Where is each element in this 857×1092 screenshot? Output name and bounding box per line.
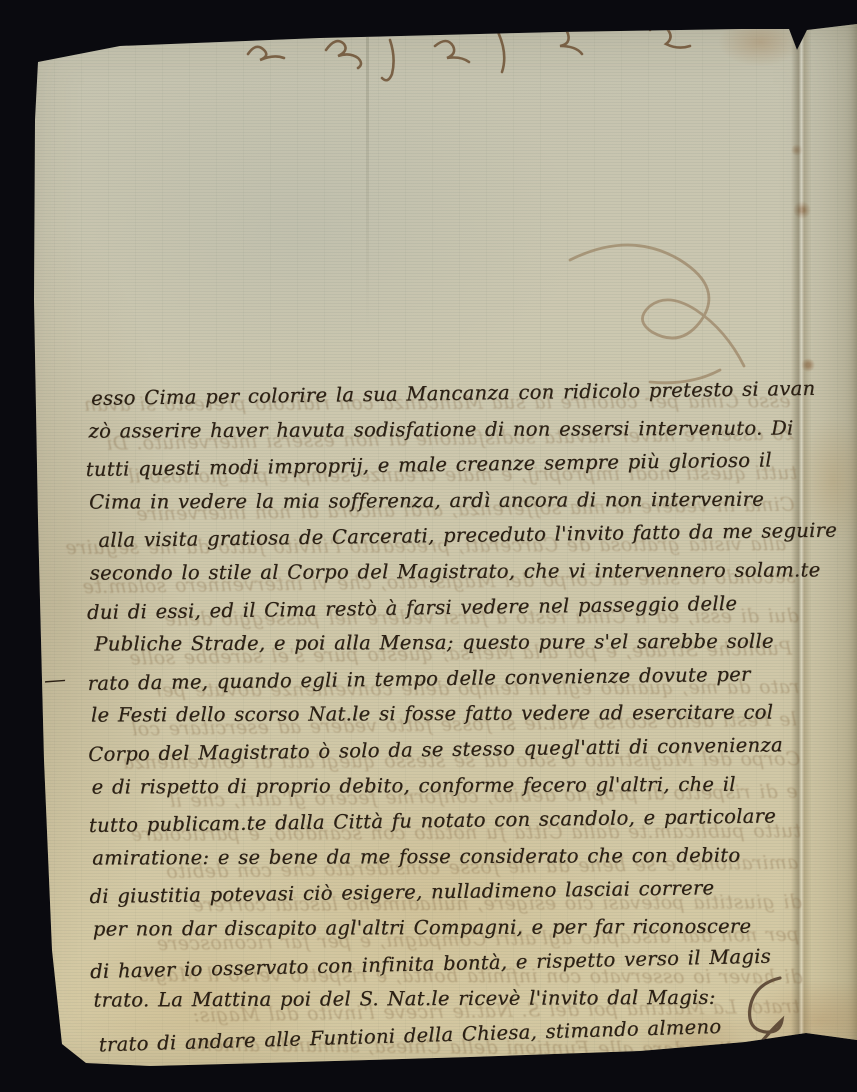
manuscript-line: tutto publicam.te dalla Città fu notato … — [89, 804, 801, 850]
manuscript-line: esso Cima per colorire la sua Mancanza c… — [91, 377, 797, 422]
margin-hyphen-mark: — — [43, 667, 67, 693]
faint-crease — [366, 30, 369, 330]
top-annotation-marks-icon — [230, 22, 730, 92]
photo-stage: esso Cima per colorire la sua Mancanza c… — [0, 0, 857, 1092]
manuscript-line: Publiche Strade, e poi alla Mensa; quest… — [94, 630, 802, 669]
ink-blot — [77, 32, 97, 47]
paper-sheet: esso Cima per colorire la sua Mancanza c… — [0, 0, 857, 1092]
showthrough-flourish-icon — [540, 220, 760, 390]
manuscript-text-block: esso Cima per colorire la sua Mancanza c… — [85, 379, 803, 1061]
manuscript-line: Corpo del Magistrato ò solo da se stesso… — [88, 733, 800, 779]
manuscript-line: secondo lo stile al Corpo del Magistrato… — [90, 558, 802, 597]
